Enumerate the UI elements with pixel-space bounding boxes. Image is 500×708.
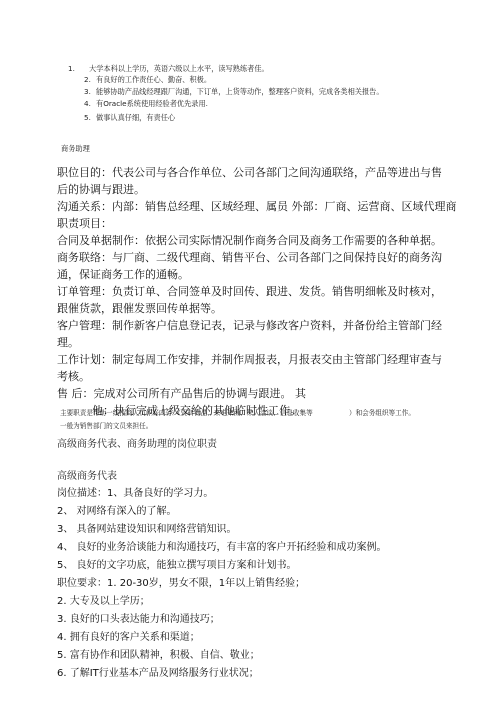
- text-line: 商务联络：与厂商、二级代理商、销售平台、公司各部门之间保持良好的商务沟: [57, 249, 442, 265]
- list-item: 大学本科以上学历，英语六级以上水平，读写熟练者佳。: [89, 64, 269, 74]
- text-line: 后的协调与跟进。: [57, 181, 145, 197]
- text-line: 2. 大专及以上学历；: [57, 592, 150, 607]
- list-item: 做事认真仔细，有责任心: [96, 113, 175, 123]
- list-number: 4.: [84, 99, 91, 108]
- text-line: 考核。: [57, 368, 90, 384]
- text-line: 岗位描述：1、具备良好的学习力。: [57, 484, 213, 499]
- text-line: 职责项目：: [57, 215, 112, 231]
- list-item: 能够协助产品线经理跟厂沟通，下订单，上货等动作，整理客户资料，完成各类相关报告。: [96, 87, 384, 97]
- text-line: 2、 对网络有深入的了解。: [57, 502, 177, 517]
- section-heading: 高级商务代表: [57, 467, 117, 482]
- text-line: 跟催货款，跟催发票回传单据等。: [57, 300, 222, 316]
- list-item: 有良好的工作责任心、勤奋、积极。: [96, 75, 211, 85]
- text-line: 通，保证商务工作的通畅。: [57, 266, 189, 282]
- page-title: 高级商务代表、商务助理的岗位职责: [57, 435, 217, 450]
- text-line: 工作计划：制定每周工作安排，并制作周报表，月报表交由主管部门经理审查与: [57, 351, 442, 367]
- list-number: 3.: [84, 87, 91, 96]
- text-line: 理。: [57, 334, 79, 350]
- list-number: 5.: [84, 113, 91, 122]
- text-line: 合同及单据制作：依据公司实际情况制作商务合同及商务工作需要的各种单据。: [57, 232, 442, 248]
- summary-line-end: ）和会务组织等工作。: [349, 407, 415, 417]
- text-line: 6. 了解IT行业基本产品及网络服务行业状况；: [57, 664, 259, 679]
- text-line: 4. 拥有良好的客户关系和渠道；: [57, 628, 200, 643]
- text-line: 沟通关系：内部：销售总经理、区域经理、属员 外部：厂商、运营商、区域代理商: [57, 198, 457, 214]
- text-line: 职位要求：1. 20-30岁，男女不限，1年以上销售经验；: [57, 574, 305, 589]
- section-heading: 商务助理: [61, 144, 90, 154]
- text-line: 3、 具备网站建设知识和网络营销知识。: [57, 520, 237, 535]
- summary-line: 一般为销售部门的文员来担任。: [60, 420, 152, 430]
- list-number: 2.: [84, 75, 91, 84]
- summary-line: 主要职责是帮助一线招商人员作好内务 （资料物品、来电来函、来人洽谈、信息收集等: [60, 407, 313, 417]
- text-line: 职位目的：代表公司与各合作单位、公司各部门之间沟通联络，产品等进出与售: [57, 164, 442, 180]
- list-item: 有Oracle系统使用经验者优先录用.: [96, 99, 208, 109]
- text-line: 售 后：完成对公司所有产品售后的协调与跟进。 其: [57, 385, 306, 401]
- text-line: 5. 富有协作和团队精神，积极、自信、敬业；: [57, 646, 260, 661]
- text-line: 5、 良好的文字功底，能独立撰写项目方案和计划书。: [57, 556, 297, 571]
- text-line: 客户管理：制作新客户信息登记表，记录与修改客户资料，并备份给主管部门经: [57, 317, 442, 333]
- text-line: 4、 良好的业务洽谈能力和沟通技巧，有丰富的客户开拓经验和成功案例。: [57, 538, 387, 553]
- list-number: 1.: [68, 64, 75, 73]
- text-line: 3. 良好的口头表达能力和沟通技巧；: [57, 610, 220, 625]
- text-line: 订单管理：负责订单、合同签单及时回传、跟进、发货。销售明细帐及时核对，: [57, 283, 442, 299]
